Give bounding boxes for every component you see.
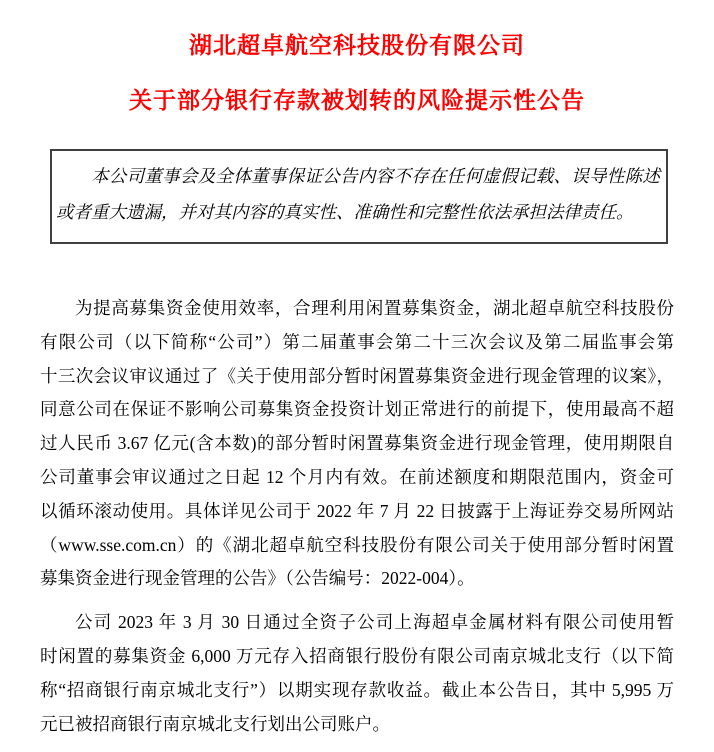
text-line: 为提高募集资金使用效率，合理利用闲置募集资金，湖北超卓航空科技股份 [40,292,674,326]
text-line: 时闲置的募集资金 6,000 万元存入招商银行股份有限公司南京城北支行（以下简 [40,640,674,674]
document-title: 湖北超卓航空科技股份有限公司 [40,31,674,59]
disclaimer-box: 本公司董事会及全体董事保证公告内容不存在任何虚假记载、误导性陈述或者重大遗漏，并… [50,149,668,244]
text-line: 同意公司在保证不影响公司募集资金投资计划正常进行的前提下，使用最高不超 [40,393,674,427]
text-line: 十三次会议审议通过了《关于使用部分暂时闲置募集资金进行现金管理的议案》， [40,360,674,394]
text-line: （www.sse.com.cn）的《湖北超卓航空科技股份有限公司关于使用部分暂时… [40,529,674,563]
text-line: 募集资金进行现金管理的公告》（公告编号：2022-004）。 [40,562,674,596]
text-line: 称“招商银行南京城北支行”）以期实现存款收益。截止本公告日，其中 5,995 万 [40,674,674,708]
text-line: 公司 2023 年 3 月 30 日通过全资子公司上海超卓金属材料有限公司使用暂 [40,606,674,640]
text-line: 公司董事会审议通过之日起 12 个月内有效。在前述额度和期限范围内，资金可 [40,461,674,495]
paragraph-cash-management-approval: 为提高募集资金使用效率，合理利用闲置募集资金，湖北超卓航空科技股份有限公司（以下… [40,292,674,596]
text-line: 本公司董事会及全体董事保证公告内容不存在任何虚假记载、误导性陈述 [56,158,660,194]
text-line: 以循环滚动使用。具体详见公司于 2022 年 7 月 22 日披露于上海证券交易… [40,495,674,529]
text-line: 或者重大遗漏，并对其内容的真实性、准确性和完整性依法承担法律责任。 [56,194,660,230]
text-line: 有限公司（以下简称“公司”）第二届董事会第二十三次会议及第二届监事会第 [40,326,674,360]
text-line: 元已被招商银行南京城北支行划出公司账户。 [40,708,674,742]
paragraph-deposit-transfer: 公司 2023 年 3 月 30 日通过全资子公司上海超卓金属材料有限公司使用暂… [40,606,674,741]
announcement-page: 湖北超卓航空科技股份有限公司 关于部分银行存款被划转的风险提示性公告 本公司董事… [0,0,714,752]
document-body: 为提高募集资金使用效率，合理利用闲置募集资金，湖北超卓航空科技股份有限公司（以下… [40,292,674,741]
text-line: 过人民币 3.67 亿元(含本数)的部分暂时闲置募集资金进行现金管理，使用期限自 [40,427,674,461]
document-subtitle: 关于部分银行存款被划转的风险提示性公告 [40,86,674,114]
